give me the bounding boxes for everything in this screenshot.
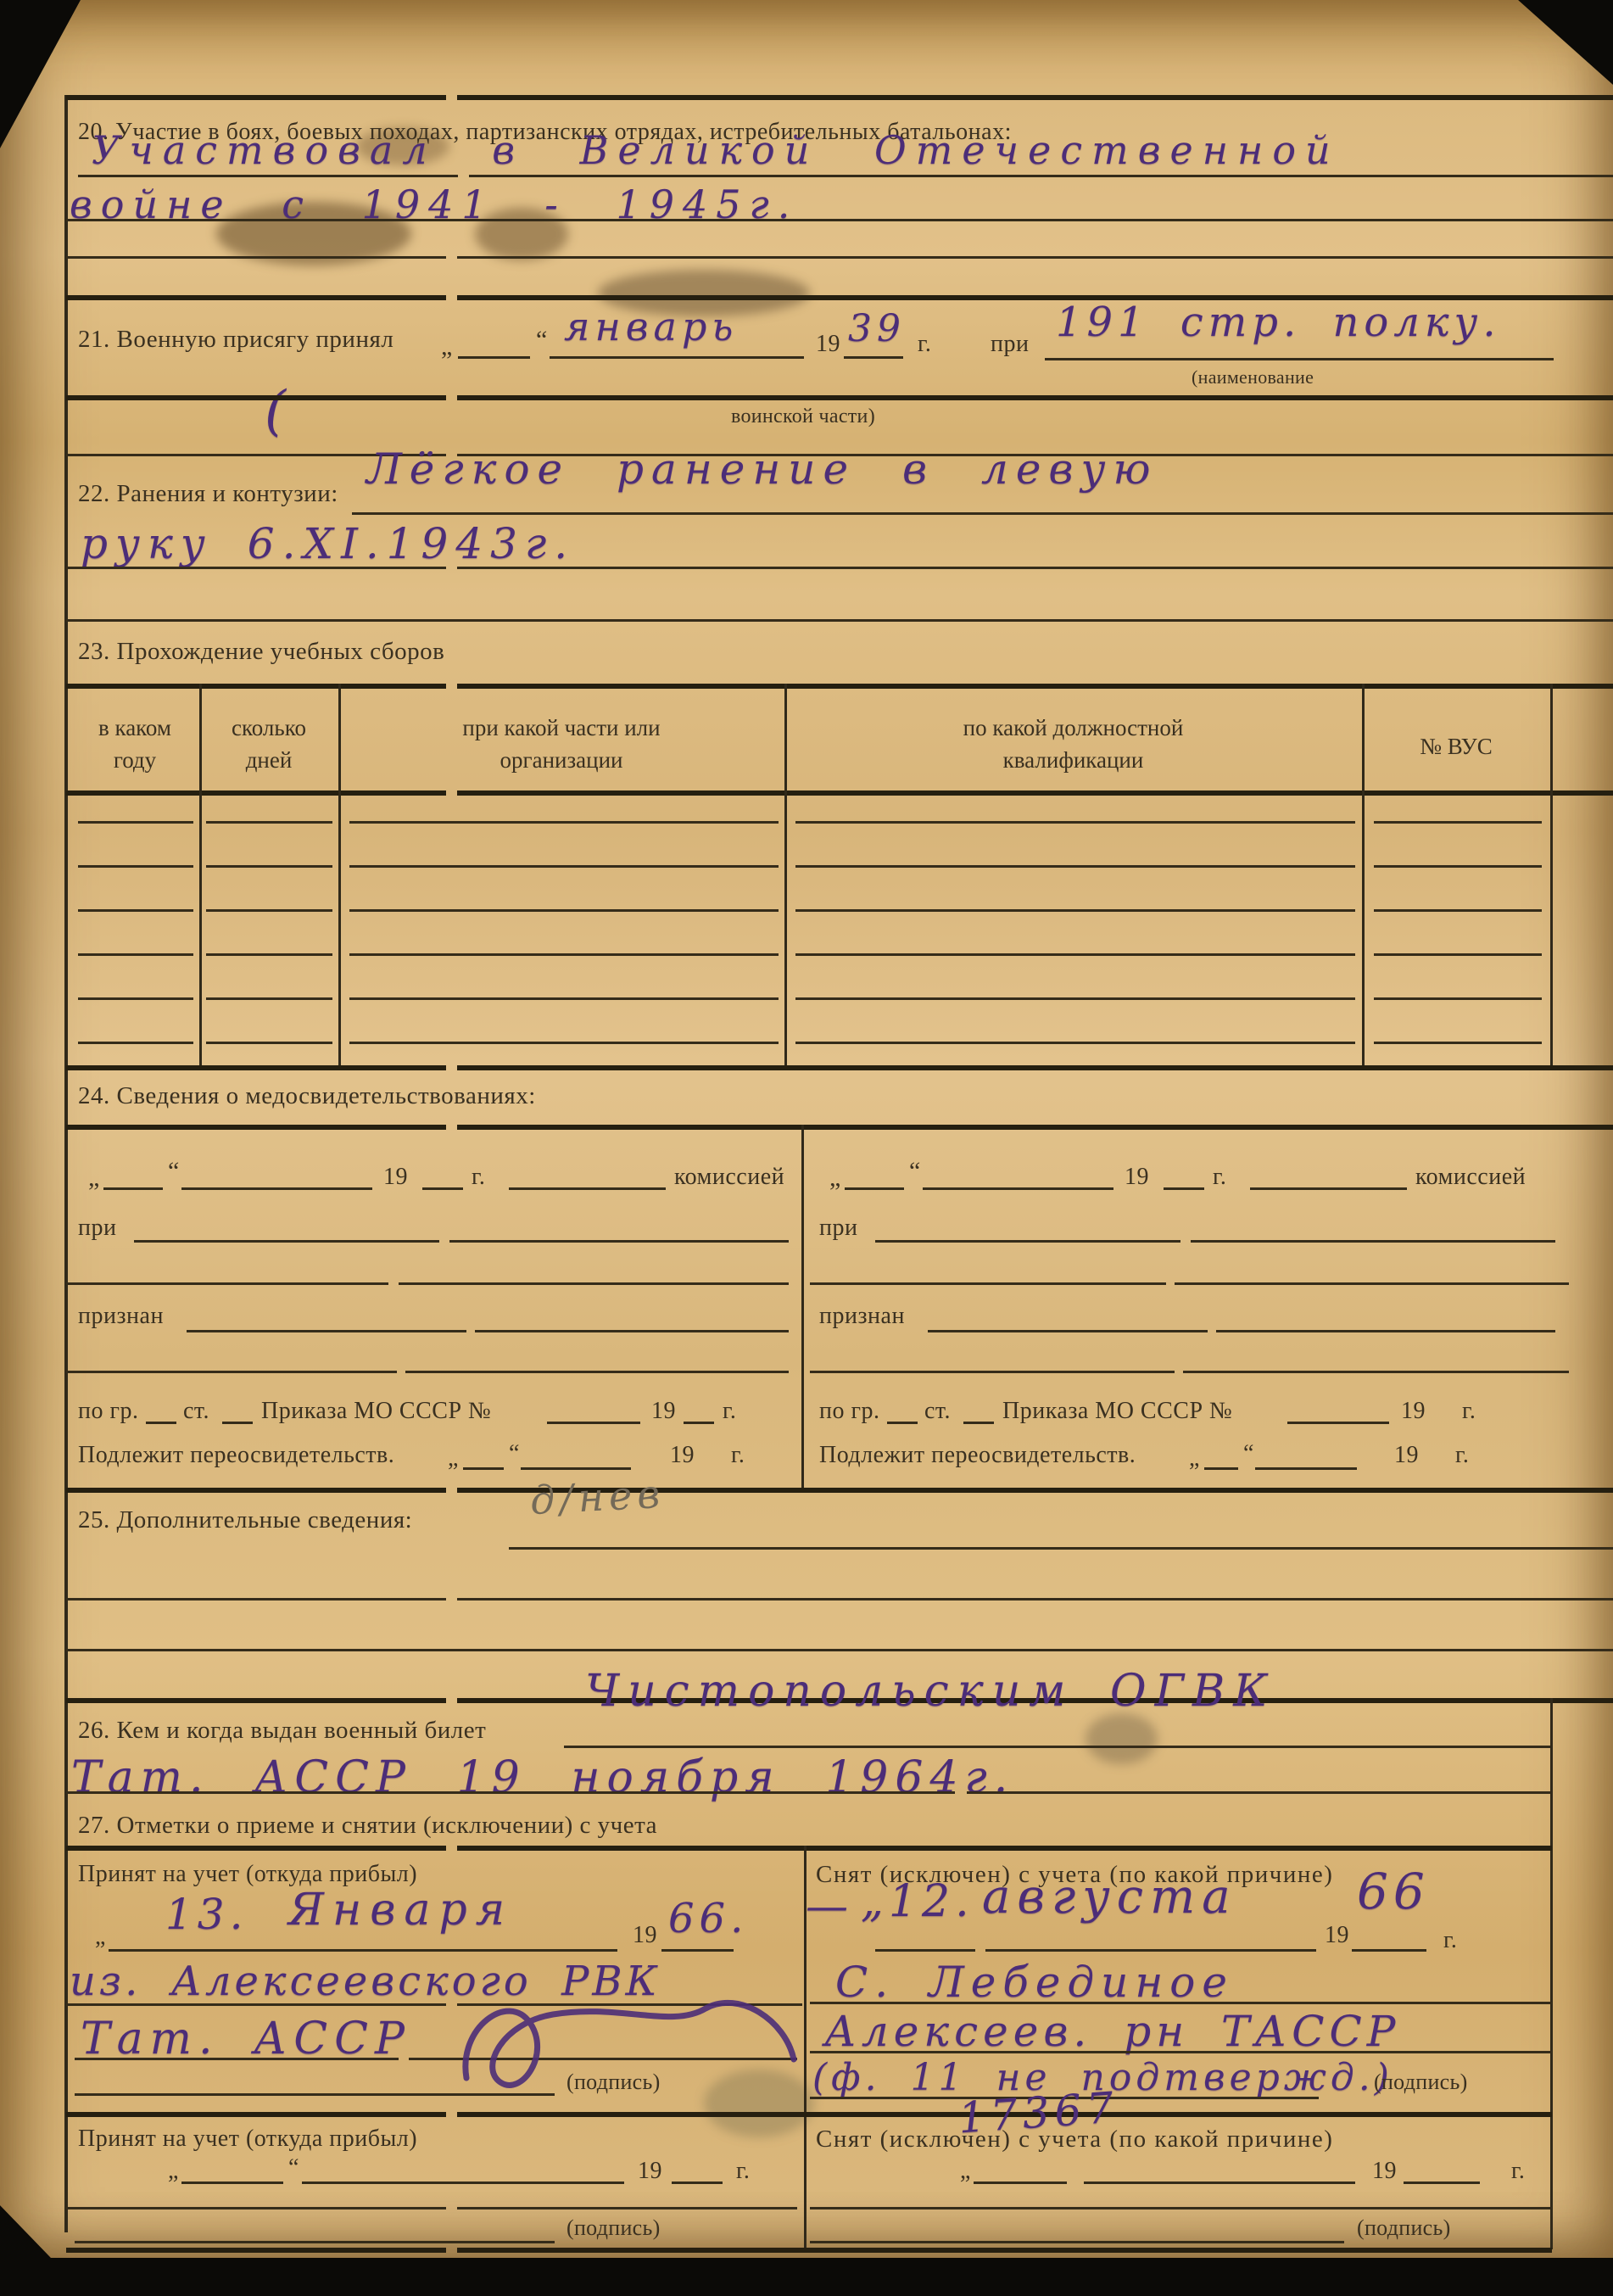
blank-underline <box>109 1949 617 1952</box>
rule-line <box>66 567 1613 569</box>
pri-label: при <box>819 1215 857 1242</box>
open-quote: „ <box>960 2158 971 2185</box>
year-prefix: 19 <box>816 331 840 358</box>
po-gr-label: по гр. <box>78 1398 138 1425</box>
table-blank-underline <box>1374 1042 1542 1044</box>
st-label: ст. <box>924 1398 951 1425</box>
blank-underline <box>1287 1422 1389 1424</box>
table-blank-underline <box>78 821 193 824</box>
paper-sheet: 20. Участие в боях, боевых походах, парт… <box>0 0 1613 2258</box>
year-prefix: 19 <box>383 1164 408 1191</box>
rule-line <box>66 95 1613 100</box>
table-blank-underline <box>206 997 332 1000</box>
rule-line <box>78 175 1613 177</box>
blank-underline <box>75 2058 399 2060</box>
accepted-label: Принят на учет (откуда прибыл) <box>78 2126 417 2153</box>
col-header-year: в каком году <box>76 712 193 777</box>
blank-underline <box>810 2207 1552 2209</box>
blank-underline <box>923 1187 1113 1190</box>
blank-underline <box>458 356 530 359</box>
col-header-text: в каком <box>76 712 193 745</box>
section27-label: 27. Отметки о приеме и снятии (исключени… <box>78 1812 657 1840</box>
table-blank-underline <box>795 821 1355 824</box>
year-prefix: 19 <box>1394 1442 1419 1469</box>
right-border-line <box>1550 1698 1553 2249</box>
col-header-text: по какой должностной <box>791 712 1355 745</box>
st-label: ст. <box>183 1398 209 1425</box>
handwriting-removed-district: Алексеев. рн ТАССР <box>824 2007 1400 2056</box>
close-quote: “ <box>909 1157 921 1186</box>
table-blank-underline <box>1374 953 1542 956</box>
col-header-unit: при какой части или организации <box>345 712 778 777</box>
removed-label: Снят (исключен) с учета (по какой причин… <box>816 2126 1333 2154</box>
table-blank-underline <box>1374 909 1542 912</box>
blank-underline <box>1084 2181 1355 2184</box>
table-blank-underline <box>795 1042 1355 1044</box>
year-suffix: г. <box>1443 1927 1457 1954</box>
handwriting-war-participation-1: Участвовал в Великой Отечественной <box>92 127 1340 173</box>
handwriting-removed-dash: — <box>806 1881 853 1930</box>
close-quote: “ <box>1243 1440 1254 1467</box>
prikaz-label: Приказа МО СССР № <box>261 1398 491 1425</box>
blank-underline <box>1255 1467 1357 1470</box>
priznan-label: признан <box>819 1303 905 1330</box>
smudge-stain <box>1086 1713 1158 1764</box>
open-quote: „ <box>448 1445 459 1472</box>
rule-line <box>66 219 1613 221</box>
med-column-divider-line <box>801 1125 804 1488</box>
podlezhit-label: Подлежит переосвидетельств. <box>78 1442 394 1469</box>
col-header-text: квалификации <box>791 745 1355 777</box>
handwriting-oath-month: январь <box>564 304 738 349</box>
podpis-caption: (подпись) <box>1374 2070 1468 2095</box>
handwriting-issued-by-1: Чистопольским ОГВК <box>585 1666 1275 1717</box>
pri-label: при <box>78 1215 116 1242</box>
table-blank-underline <box>349 953 779 956</box>
table-blank-underline <box>349 865 779 868</box>
handwriting-issued-by-2: Тат. АССР 19 ноября 1964г. <box>71 1752 1014 1803</box>
blank-underline <box>963 1422 994 1424</box>
table-blank-underline <box>795 865 1355 868</box>
blank-underline <box>66 1282 388 1285</box>
blank-underline <box>1404 2181 1480 2184</box>
col-header-text: году <box>76 745 193 777</box>
blank-underline <box>810 1371 1175 1373</box>
year-suffix: г. <box>1511 2158 1525 2185</box>
blank-underline <box>550 356 804 359</box>
podlezhit-label: Подлежит переосвидетельств. <box>819 1442 1136 1469</box>
handwriting-wound-2: руку 6.XI.1943г. <box>81 519 575 568</box>
table-blank-underline <box>1374 821 1542 824</box>
rule-line <box>66 1125 1613 1130</box>
table-blank-underline <box>349 821 779 824</box>
blank-underline <box>521 1467 631 1470</box>
blank-underline <box>547 1422 640 1424</box>
caption-naimenovanie: (наименование <box>1192 366 1314 388</box>
blank-underline <box>974 2181 1067 2184</box>
blank-underline <box>1191 1240 1555 1243</box>
open-quote: „ <box>168 2158 179 2185</box>
year-prefix: 19 <box>1325 1922 1349 1949</box>
blank-underline <box>181 1187 372 1190</box>
blank-underline <box>810 1282 1166 1285</box>
blank-underline <box>352 512 1613 515</box>
rule-line <box>66 2112 1552 2117</box>
year-prefix: 19 <box>1401 1398 1426 1425</box>
rule-line <box>66 619 1613 622</box>
blank-underline <box>810 2241 1344 2243</box>
table-blank-underline <box>1374 865 1542 868</box>
blank-underline <box>405 1371 789 1373</box>
table-top-line <box>66 684 1613 689</box>
rule-line <box>66 256 1613 259</box>
table-blank-underline <box>206 909 332 912</box>
handwriting-removed-month: августа <box>982 1869 1237 1925</box>
blank-underline <box>66 1371 397 1373</box>
handwriting-accept-day: 13. <box>165 1890 248 1939</box>
rule-line <box>66 1649 1613 1651</box>
priznan-label: признан <box>78 1303 164 1330</box>
stray-ink-mark: ( <box>265 380 291 443</box>
open-quote: „ <box>1189 1445 1200 1472</box>
page-bottom-line <box>66 2248 1552 2253</box>
blank-underline <box>875 1240 1180 1243</box>
podpis-caption: (подпись) <box>567 2215 661 2241</box>
prikaz-label: Приказа МО СССР № <box>1002 1398 1232 1425</box>
blank-underline <box>146 1422 176 1424</box>
handwriting-removed-place: С. Лебединое <box>835 1958 1234 2007</box>
blank-underline <box>302 2181 624 2184</box>
blank-underline <box>399 1282 789 1285</box>
caption-voinskoy-chasti: воинской части) <box>731 405 875 428</box>
col-header-text: при какой части или <box>345 712 778 745</box>
blank-underline <box>887 1422 918 1424</box>
year-suffix: г. <box>918 331 931 358</box>
blank-underline <box>75 2241 555 2243</box>
blank-underline <box>985 1949 1316 1952</box>
blank-underline <box>463 1467 504 1470</box>
year-suffix: г. <box>1462 1398 1476 1425</box>
year-suffix: г. <box>472 1164 485 1191</box>
close-quote: “ <box>536 326 548 355</box>
table-blank-underline <box>206 865 332 868</box>
rule-line <box>66 395 1613 400</box>
col-header-days: сколько дней <box>206 712 332 777</box>
year-prefix: 19 <box>651 1398 676 1425</box>
table-blank-underline <box>78 953 193 956</box>
year-suffix: г. <box>731 1442 745 1469</box>
table-blank-underline <box>78 909 193 912</box>
table-bottom-line <box>66 1065 1613 1070</box>
section23-label: 23. Прохождение учебных сборов <box>78 638 444 666</box>
table-blank-underline <box>206 953 332 956</box>
handwriting-accept-region: Тат. АССР <box>81 2014 411 2064</box>
table-blank-underline <box>795 997 1355 1000</box>
podpis-caption: (подпись) <box>1357 2215 1451 2241</box>
year-prefix: 19 <box>670 1442 695 1469</box>
table-blank-underline <box>795 953 1355 956</box>
blank-underline <box>103 1187 163 1190</box>
year-prefix: 19 <box>1372 2158 1397 2185</box>
section26-label: 26. Кем и когда выдан военный билет <box>78 1717 486 1745</box>
section25-label: 25. Дополнительные сведения: <box>78 1506 412 1534</box>
blank-underline <box>1045 358 1554 360</box>
table-blank-underline <box>78 865 193 868</box>
section21-label: 21. Военную присягу принял <box>78 326 393 354</box>
table-blank-underline <box>206 821 332 824</box>
blank-underline <box>928 1330 1208 1332</box>
col-header-text: № ВУС <box>1369 731 1543 763</box>
page-border-line <box>64 95 68 2232</box>
table-column-line <box>784 684 787 1065</box>
blank-underline <box>509 1547 1613 1550</box>
blank-underline <box>1216 1330 1555 1332</box>
table-blank-underline <box>349 909 779 912</box>
year-suffix: г. <box>723 1398 736 1425</box>
blank-underline <box>66 1791 1552 1794</box>
blank-underline <box>222 1422 253 1424</box>
po-gr-label: по гр. <box>819 1398 879 1425</box>
blank-underline <box>564 1746 1552 1748</box>
rule-line <box>66 1488 1613 1493</box>
table-column-line <box>1362 684 1365 1065</box>
blank-underline <box>1204 1467 1238 1470</box>
blank-underline <box>66 2207 797 2209</box>
table-blank-underline <box>78 997 193 1000</box>
open-quote: „ <box>88 1164 100 1193</box>
blank-underline <box>684 1422 714 1424</box>
blank-underline <box>661 1949 734 1952</box>
rule-line <box>66 1846 1552 1851</box>
close-quote: “ <box>288 2154 299 2181</box>
blank-underline <box>844 356 903 359</box>
handwriting-pencil-note: д/нев <box>529 1471 667 1523</box>
blank-underline <box>672 2181 723 2184</box>
close-quote: “ <box>509 1440 520 1467</box>
komissiey-label: комиссией <box>1415 1164 1526 1191</box>
komissiey-label: комиссией <box>674 1164 784 1191</box>
year-prefix: 19 <box>1125 1164 1149 1191</box>
table-column-line <box>338 684 341 1065</box>
table-column-line <box>199 684 202 1065</box>
signature-scribble <box>449 1976 806 2112</box>
col-header-text: дней <box>206 745 332 777</box>
open-quote: „ <box>829 1164 841 1193</box>
blank-underline <box>810 2002 1552 2004</box>
blank-underline <box>1250 1187 1407 1190</box>
table-blank-underline <box>78 1042 193 1044</box>
blank-underline <box>422 1187 463 1190</box>
year-prefix: 19 <box>638 2158 662 2185</box>
blank-underline <box>875 1949 975 1952</box>
handwriting-oath-year: 39 <box>848 307 906 350</box>
handwriting-wound-1: Лёгкое ранение в левую <box>366 444 1158 494</box>
table-blank-underline <box>349 997 779 1000</box>
year-suffix: г. <box>1455 1442 1469 1469</box>
blank-underline <box>1352 1949 1426 1952</box>
table-blank-underline <box>1374 997 1542 1000</box>
blank-underline <box>1175 1282 1569 1285</box>
section24-label: 24. Сведения о медосвидетельствованиях: <box>78 1082 536 1110</box>
year-suffix: г. <box>1213 1164 1226 1191</box>
open-quote: „ <box>441 332 453 361</box>
blank-underline <box>810 2051 1552 2053</box>
year-prefix: 19 <box>633 1922 657 1949</box>
handwriting-removed-year: 66 <box>1357 1863 1430 1920</box>
rule-line <box>66 1598 1613 1600</box>
table-blank-underline <box>349 1042 779 1044</box>
handwriting-accept-year: 66. <box>668 1895 748 1942</box>
blank-underline <box>134 1240 439 1243</box>
blank-underline <box>187 1330 466 1332</box>
blank-underline <box>509 1187 666 1190</box>
handwriting-accept-month: Января <box>288 1885 513 1936</box>
pri-label: при <box>991 331 1029 358</box>
blank-underline <box>1164 1187 1204 1190</box>
blank-underline <box>449 1240 789 1243</box>
handwriting-unit: 191 стр. полку. <box>1056 299 1501 346</box>
handwriting-removed-day: „12. <box>861 1876 974 1927</box>
scanned-military-card-page: { "common": {"oq":"„","cq":"“","y19":"19… <box>0 0 1613 2296</box>
blank-underline <box>845 1187 904 1190</box>
table-blank-underline <box>206 1042 332 1044</box>
section22-label: 22. Ранения и контузии: <box>78 480 338 508</box>
blank-underline <box>475 1330 789 1332</box>
year-suffix: г. <box>736 2158 750 2185</box>
close-quote: “ <box>168 1157 180 1186</box>
table-blank-underline <box>795 909 1355 912</box>
col-header-text: организации <box>345 745 778 777</box>
table-right-border-line <box>1550 684 1553 1065</box>
blank-underline <box>1183 1371 1569 1373</box>
col-header-vus: № ВУС <box>1369 731 1543 763</box>
open-quote: „ <box>95 1924 106 1951</box>
col-header-text: сколько <box>206 712 332 745</box>
blank-underline <box>181 2181 283 2184</box>
table-header-bottom-line <box>66 790 1613 796</box>
col-header-qualification: по какой должностной квалификации <box>791 712 1355 777</box>
